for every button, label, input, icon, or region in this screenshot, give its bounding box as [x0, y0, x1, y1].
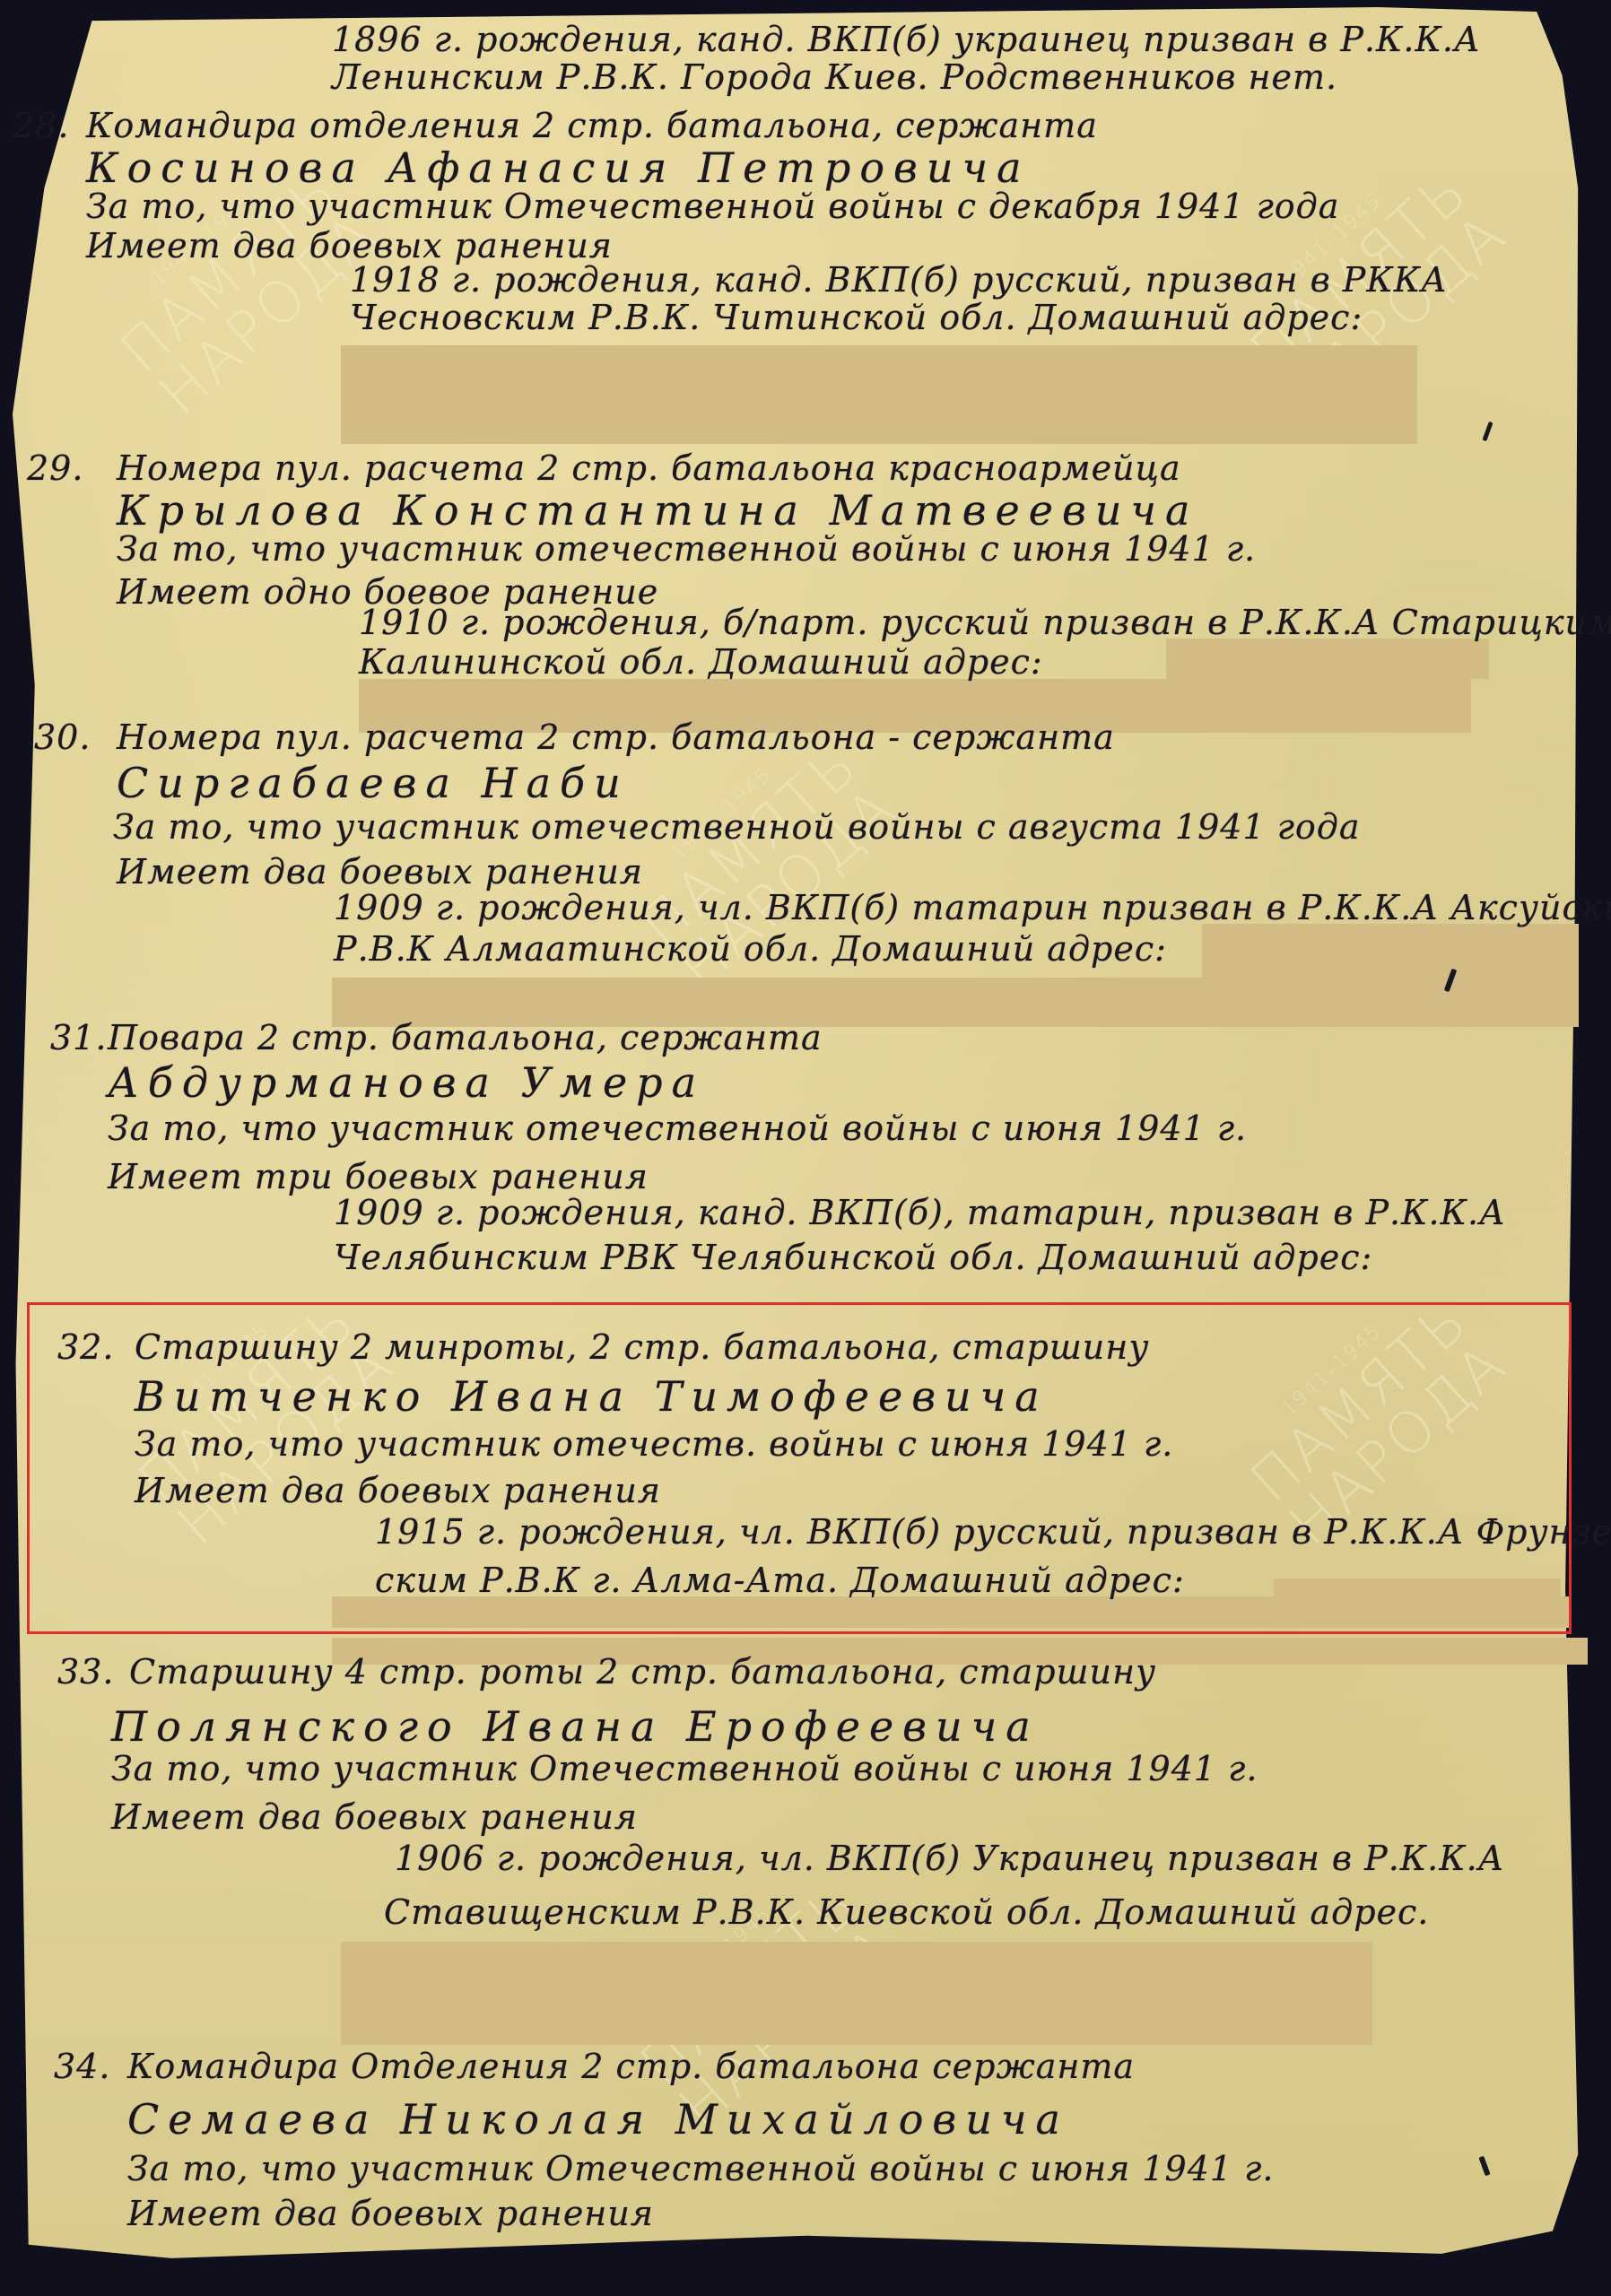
entry-bio-2: Чесновским Р.В.К. Читинской обл. Домашни… — [350, 298, 1363, 337]
entry-number: 34. — [54, 2047, 110, 2086]
entry-bio-1: 1918 г. рождения, канд. ВКП(б) русский, … — [350, 260, 1448, 300]
entry-position: Старшину 2 минроты, 2 стр. батальона, ст… — [135, 1327, 1149, 1367]
entry-number: 33. — [57, 1652, 114, 1692]
entry-name: Крылова Константина Матвеевича — [117, 486, 1198, 535]
entry-bio-1: 1910 г. рождения, б/парт. русский призва… — [359, 603, 1611, 642]
entry-number: 30. — [34, 717, 91, 757]
entry-wounds: Имеет два боевых ранения — [117, 852, 643, 891]
entry-name: Абдурманова Умера — [108, 1058, 705, 1107]
entry-name: Витченко Ивана Тимофеевича — [135, 1372, 1049, 1421]
entry-name: Косинова Афанасия Петровича — [86, 143, 1031, 192]
entry-bio-2: Калининской обл. Домашний адрес: — [359, 642, 1043, 682]
entry-name: Сиргабаева Наби — [117, 759, 630, 807]
entry-position: Командира Отделения 2 стр. батальона сер… — [127, 2047, 1135, 2086]
entry-merit: За то, что участник отечеств. войны с ию… — [135, 1424, 1173, 1464]
entry-bio-2: ским Р.В.К г. Алма-Ата. Домашний адрес: — [375, 1561, 1185, 1600]
entry-bio-1: 1909 г. рождения, канд. ВКП(б), татарин,… — [334, 1193, 1506, 1232]
entry-bio-1: 1915 г. рождения, чл. ВКП(б) русский, пр… — [375, 1512, 1611, 1552]
entry-merit: За то, что участник отечественной войны … — [117, 529, 1256, 569]
entry-bio-1: 1906 г. рождения, чл. ВКП(б) Украинец пр… — [395, 1839, 1505, 1878]
entry-name: Семаева Николая Михайловича — [127, 2095, 1069, 2144]
entry-position: Командира отделения 2 стр. батальона, се… — [86, 106, 1098, 145]
redacted-address — [1202, 924, 1579, 978]
entry-merit: За то, что участник отечественной войны … — [113, 807, 1361, 847]
entry-number: 29. — [27, 448, 83, 488]
entry-bio-2: Челябинским РВК Челябинской обл. Домашни… — [334, 1238, 1372, 1277]
redacted-address — [341, 345, 1417, 444]
entry-number: 31. — [50, 1018, 107, 1057]
entry-position: Старшину 4 стр. роты 2 стр. батальона, с… — [129, 1652, 1156, 1692]
entry-bio-2: Ставищенским Р.В.К. Киевской обл. Домашн… — [384, 1892, 1429, 1932]
entry-merit: За то, что участник Отечественной войны … — [111, 1749, 1258, 1788]
entry-merit: За то, что участник отечественной войны … — [108, 1109, 1247, 1148]
redacted-address — [1166, 639, 1489, 679]
entry-number: 32. — [57, 1327, 114, 1367]
entry-name: Полянского Ивана Ерофеевича — [111, 1702, 1040, 1751]
entry-wounds: Имеет три боевых ранения — [108, 1157, 649, 1196]
entry-merit: За то, что участник Отечественной войны … — [127, 2149, 1274, 2188]
entry-bio-1: 1909 г. рождения, чл. ВКП(б) татарин при… — [334, 888, 1611, 927]
entry-wounds: Имеет два боевых ранения — [135, 1471, 661, 1510]
entry-position: Номера пул. расчета 2 стр. батальона - с… — [117, 717, 1115, 757]
carryover-bio-line-1: 1896 г. рождения, канд. ВКП(б) украинец … — [332, 20, 1481, 59]
entry-merit: За то, что участник Отечественной войны … — [86, 187, 1339, 226]
redacted-address — [341, 1942, 1372, 2045]
carryover-bio-line-2: Ленинским Р.В.К. Города Киев. Родственни… — [332, 57, 1337, 97]
entry-wounds: Имеет два боевых ранения — [127, 2194, 654, 2233]
entry-bio-2: Р.В.К Алмаатинской обл. Домашний адрес: — [334, 929, 1167, 969]
entry-position: Номера пул. расчета 2 стр. батальона кра… — [117, 448, 1181, 488]
entry-wounds: Имеет два боевых ранения — [111, 1797, 638, 1837]
entry-number: 28. — [13, 106, 69, 145]
entry-position: Повара 2 стр. батальона, сержанта — [108, 1018, 823, 1057]
